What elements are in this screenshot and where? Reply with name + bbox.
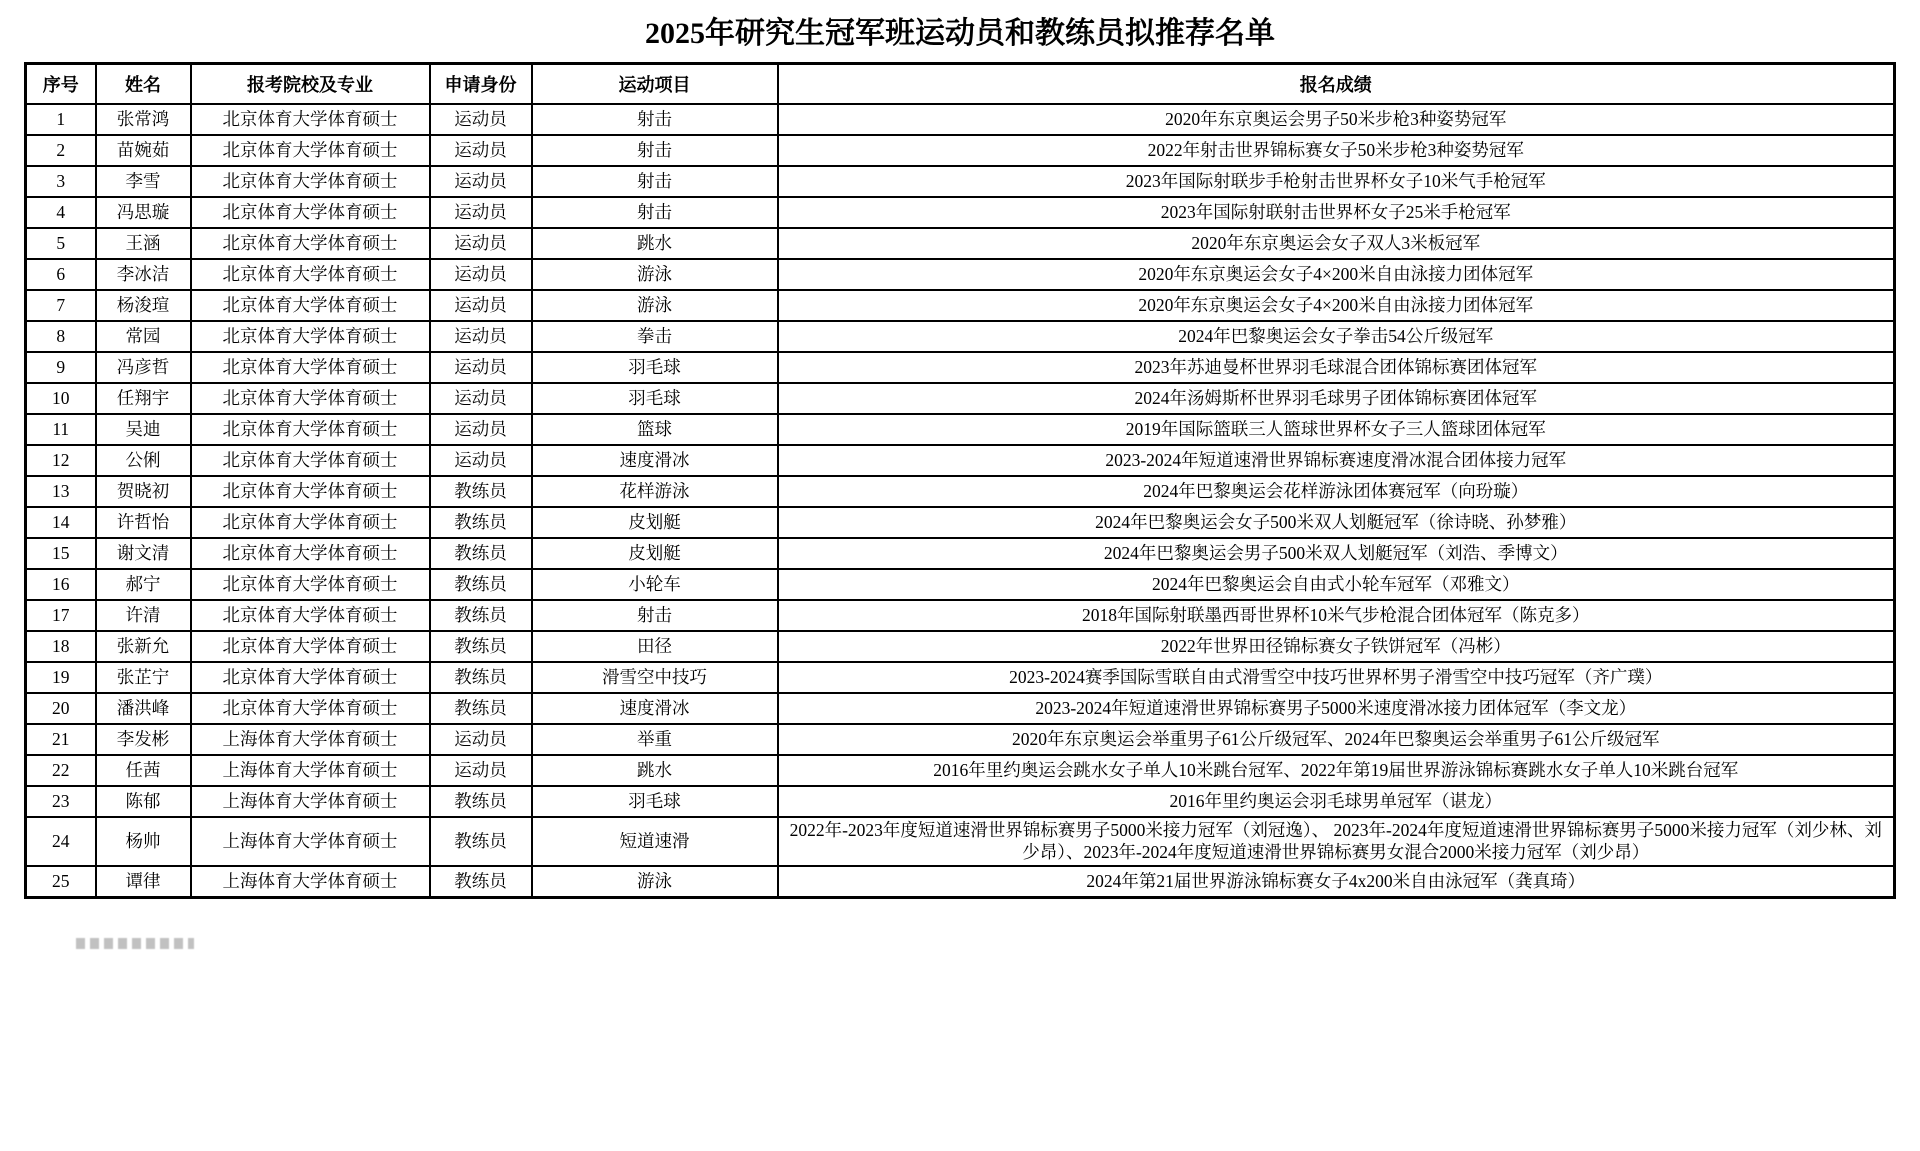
table-row: 20潘洪峰北京体育大学体育硕士教练员速度滑冰2023-2024年短道速滑世界锦标… bbox=[26, 693, 1895, 724]
cell-achievement: 2024年第21届世界游泳锦标赛女子4x200米自由泳冠军（龚真琦） bbox=[778, 866, 1895, 897]
cell-school: 北京体育大学体育硕士 bbox=[191, 507, 430, 538]
cell-school: 北京体育大学体育硕士 bbox=[191, 135, 430, 166]
cell-index: 8 bbox=[26, 321, 96, 352]
cell-sport: 射击 bbox=[532, 135, 778, 166]
cell-index: 24 bbox=[26, 817, 96, 867]
cell-index: 16 bbox=[26, 569, 96, 600]
cell-achievement: 2020年东京奥运会举重男子61公斤级冠军、2024年巴黎奥运会举重男子61公斤… bbox=[778, 724, 1895, 755]
cell-sport: 羽毛球 bbox=[532, 383, 778, 414]
cell-identity: 运动员 bbox=[430, 352, 532, 383]
cell-school: 北京体育大学体育硕士 bbox=[191, 197, 430, 228]
cell-school: 北京体育大学体育硕士 bbox=[191, 228, 430, 259]
cell-index: 13 bbox=[26, 476, 96, 507]
table-row: 13贺晓初北京体育大学体育硕士教练员花样游泳2024年巴黎奥运会花样游泳团体赛冠… bbox=[26, 476, 1895, 507]
cell-name: 任茜 bbox=[96, 755, 191, 786]
cell-index: 3 bbox=[26, 166, 96, 197]
cell-identity: 运动员 bbox=[430, 228, 532, 259]
cell-name: 谢文清 bbox=[96, 538, 191, 569]
cell-identity: 运动员 bbox=[430, 166, 532, 197]
cell-name: 张芷宁 bbox=[96, 662, 191, 693]
cell-identity: 运动员 bbox=[430, 135, 532, 166]
recommendation-table: 序号 姓名 报考院校及专业 申请身份 运动项目 报名成绩 1张常鸿北京体育大学体… bbox=[24, 62, 1896, 899]
cell-index: 25 bbox=[26, 866, 96, 897]
cell-achievement: 2022年-2023年度短道速滑世界锦标赛男子5000米接力冠军（刘冠逸）、 2… bbox=[778, 817, 1895, 867]
cell-index: 14 bbox=[26, 507, 96, 538]
cell-achievement: 2024年巴黎奥运会自由式小轮车冠军（邓雅文） bbox=[778, 569, 1895, 600]
cell-name: 杨浚瑄 bbox=[96, 290, 191, 321]
table-row: 2苗婉茹北京体育大学体育硕士运动员射击2022年射击世界锦标赛女子50米步枪3种… bbox=[26, 135, 1895, 166]
table-row: 1张常鸿北京体育大学体育硕士运动员射击2020年东京奥运会男子50米步枪3种姿势… bbox=[26, 104, 1895, 135]
table-row: 18张新允北京体育大学体育硕士教练员田径2022年世界田径锦标赛女子铁饼冠军（冯… bbox=[26, 631, 1895, 662]
cell-sport: 游泳 bbox=[532, 290, 778, 321]
cell-sport: 皮划艇 bbox=[532, 538, 778, 569]
cell-achievement: 2016年里约奥运会跳水女子单人10米跳台冠军、2022年第19届世界游泳锦标赛… bbox=[778, 755, 1895, 786]
cell-sport: 羽毛球 bbox=[532, 786, 778, 817]
table-row: 9冯彦哲北京体育大学体育硕士运动员羽毛球2023年苏迪曼杯世界羽毛球混合团体锦标… bbox=[26, 352, 1895, 383]
cell-achievement: 2023年国际射联步手枪射击世界杯女子10米气手枪冠军 bbox=[778, 166, 1895, 197]
cell-achievement: 2024年巴黎奥运会男子500米双人划艇冠军（刘浩、季博文） bbox=[778, 538, 1895, 569]
cell-identity: 教练员 bbox=[430, 866, 532, 897]
cell-name: 张常鸿 bbox=[96, 104, 191, 135]
cell-achievement: 2020年东京奥运会女子4×200米自由泳接力团体冠军 bbox=[778, 290, 1895, 321]
cell-identity: 教练员 bbox=[430, 631, 532, 662]
cell-achievement: 2024年巴黎奥运会花样游泳团体赛冠军（向玢璇） bbox=[778, 476, 1895, 507]
cell-name: 常园 bbox=[96, 321, 191, 352]
cell-name: 苗婉茹 bbox=[96, 135, 191, 166]
document-page: 2025年研究生冠军班运动员和教练员拟推荐名单 序号 姓名 报考院校及专业 申请… bbox=[0, 0, 1920, 1151]
cell-identity: 运动员 bbox=[430, 414, 532, 445]
cell-school: 上海体育大学体育硕士 bbox=[191, 866, 430, 897]
cell-name: 公俐 bbox=[96, 445, 191, 476]
cell-achievement: 2018年国际射联墨西哥世界杯10米气步枪混合团体冠军（陈克多） bbox=[778, 600, 1895, 631]
cell-achievement: 2022年世界田径锦标赛女子铁饼冠军（冯彬） bbox=[778, 631, 1895, 662]
table-row: 16郝宁北京体育大学体育硕士教练员小轮车2024年巴黎奥运会自由式小轮车冠军（邓… bbox=[26, 569, 1895, 600]
cell-name: 贺晓初 bbox=[96, 476, 191, 507]
table-row: 23陈郁上海体育大学体育硕士教练员羽毛球2016年里约奥运会羽毛球男单冠军（谌龙… bbox=[26, 786, 1895, 817]
table-row: 4冯思璇北京体育大学体育硕士运动员射击2023年国际射联射击世界杯女子25米手枪… bbox=[26, 197, 1895, 228]
cell-name: 潘洪峰 bbox=[96, 693, 191, 724]
cell-school: 北京体育大学体育硕士 bbox=[191, 352, 430, 383]
cell-identity: 教练员 bbox=[430, 693, 532, 724]
cell-identity: 教练员 bbox=[430, 476, 532, 507]
page-title: 2025年研究生冠军班运动员和教练员拟推荐名单 bbox=[0, 0, 1920, 62]
cell-achievement: 2023-2024年短道速滑世界锦标赛速度滑冰混合团体接力冠军 bbox=[778, 445, 1895, 476]
cell-sport: 短道速滑 bbox=[532, 817, 778, 867]
cell-index: 10 bbox=[26, 383, 96, 414]
cell-identity: 教练员 bbox=[430, 817, 532, 867]
cell-school: 北京体育大学体育硕士 bbox=[191, 600, 430, 631]
cell-sport: 速度滑冰 bbox=[532, 693, 778, 724]
cell-sport: 拳击 bbox=[532, 321, 778, 352]
cell-school: 北京体育大学体育硕士 bbox=[191, 104, 430, 135]
cell-name: 杨帅 bbox=[96, 817, 191, 867]
cell-school: 北京体育大学体育硕士 bbox=[191, 662, 430, 693]
table-row: 14许哲怡北京体育大学体育硕士教练员皮划艇2024年巴黎奥运会女子500米双人划… bbox=[26, 507, 1895, 538]
cell-sport: 跳水 bbox=[532, 228, 778, 259]
cell-name: 冯思璇 bbox=[96, 197, 191, 228]
cell-school: 北京体育大学体育硕士 bbox=[191, 414, 430, 445]
cell-school: 北京体育大学体育硕士 bbox=[191, 166, 430, 197]
table-row: 19张芷宁北京体育大学体育硕士教练员滑雪空中技巧2023-2024赛季国际雪联自… bbox=[26, 662, 1895, 693]
column-header-name: 姓名 bbox=[96, 64, 191, 104]
cell-index: 1 bbox=[26, 104, 96, 135]
cell-sport: 花样游泳 bbox=[532, 476, 778, 507]
cell-sport: 速度滑冰 bbox=[532, 445, 778, 476]
cell-index: 21 bbox=[26, 724, 96, 755]
cell-achievement: 2024年汤姆斯杯世界羽毛球男子团体锦标赛团体冠军 bbox=[778, 383, 1895, 414]
column-header-index: 序号 bbox=[26, 64, 96, 104]
column-header-sport: 运动项目 bbox=[532, 64, 778, 104]
cell-school: 北京体育大学体育硕士 bbox=[191, 383, 430, 414]
table-row: 10任翔宇北京体育大学体育硕士运动员羽毛球2024年汤姆斯杯世界羽毛球男子团体锦… bbox=[26, 383, 1895, 414]
cell-name: 许哲怡 bbox=[96, 507, 191, 538]
cell-identity: 教练员 bbox=[430, 786, 532, 817]
cell-achievement: 2023年苏迪曼杯世界羽毛球混合团体锦标赛团体冠军 bbox=[778, 352, 1895, 383]
cell-sport: 举重 bbox=[532, 724, 778, 755]
table-row: 7杨浚瑄北京体育大学体育硕士运动员游泳2020年东京奥运会女子4×200米自由泳… bbox=[26, 290, 1895, 321]
cell-school: 北京体育大学体育硕士 bbox=[191, 476, 430, 507]
cell-index: 2 bbox=[26, 135, 96, 166]
cell-identity: 教练员 bbox=[430, 569, 532, 600]
cell-sport: 篮球 bbox=[532, 414, 778, 445]
cell-name: 谭律 bbox=[96, 866, 191, 897]
cell-identity: 运动员 bbox=[430, 290, 532, 321]
cell-index: 12 bbox=[26, 445, 96, 476]
cell-index: 9 bbox=[26, 352, 96, 383]
cell-name: 王涵 bbox=[96, 228, 191, 259]
cell-index: 20 bbox=[26, 693, 96, 724]
table-row: 5王涵北京体育大学体育硕士运动员跳水2020年东京奥运会女子双人3米板冠军 bbox=[26, 228, 1895, 259]
cell-name: 郝宁 bbox=[96, 569, 191, 600]
cell-achievement: 2022年射击世界锦标赛女子50米步枪3种姿势冠军 bbox=[778, 135, 1895, 166]
cell-name: 吴迪 bbox=[96, 414, 191, 445]
cell-name: 张新允 bbox=[96, 631, 191, 662]
cell-school: 上海体育大学体育硕士 bbox=[191, 817, 430, 867]
cell-sport: 射击 bbox=[532, 600, 778, 631]
table-row: 12公俐北京体育大学体育硕士运动员速度滑冰2023-2024年短道速滑世界锦标赛… bbox=[26, 445, 1895, 476]
cell-identity: 运动员 bbox=[430, 445, 532, 476]
cell-identity: 教练员 bbox=[430, 538, 532, 569]
cell-index: 18 bbox=[26, 631, 96, 662]
cell-achievement: 2023-2024年短道速滑世界锦标赛男子5000米速度滑冰接力团体冠军（李文龙… bbox=[778, 693, 1895, 724]
cell-school: 北京体育大学体育硕士 bbox=[191, 693, 430, 724]
table-row: 22任茜上海体育大学体育硕士运动员跳水2016年里约奥运会跳水女子单人10米跳台… bbox=[26, 755, 1895, 786]
cell-index: 15 bbox=[26, 538, 96, 569]
table-row: 25谭律上海体育大学体育硕士教练员游泳2024年第21届世界游泳锦标赛女子4x2… bbox=[26, 866, 1895, 897]
cell-school: 北京体育大学体育硕士 bbox=[191, 259, 430, 290]
cell-school: 上海体育大学体育硕士 bbox=[191, 786, 430, 817]
cell-identity: 运动员 bbox=[430, 197, 532, 228]
header-row: 序号 姓名 报考院校及专业 申请身份 运动项目 报名成绩 bbox=[26, 64, 1895, 104]
cell-sport: 游泳 bbox=[532, 866, 778, 897]
cell-sport: 羽毛球 bbox=[532, 352, 778, 383]
column-header-school: 报考院校及专业 bbox=[191, 64, 430, 104]
table-row: 11吴迪北京体育大学体育硕士运动员篮球2019年国际篮联三人篮球世界杯女子三人篮… bbox=[26, 414, 1895, 445]
cell-sport: 射击 bbox=[532, 166, 778, 197]
cell-identity: 运动员 bbox=[430, 259, 532, 290]
table-row: 8常园北京体育大学体育硕士运动员拳击2024年巴黎奥运会女子拳击54公斤级冠军 bbox=[26, 321, 1895, 352]
cell-name: 冯彦哲 bbox=[96, 352, 191, 383]
cell-school: 北京体育大学体育硕士 bbox=[191, 445, 430, 476]
cell-index: 23 bbox=[26, 786, 96, 817]
cell-school: 上海体育大学体育硕士 bbox=[191, 755, 430, 786]
cell-school: 上海体育大学体育硕士 bbox=[191, 724, 430, 755]
cell-index: 4 bbox=[26, 197, 96, 228]
cell-school: 北京体育大学体育硕士 bbox=[191, 631, 430, 662]
table-row: 21李发彬上海体育大学体育硕士运动员举重2020年东京奥运会举重男子61公斤级冠… bbox=[26, 724, 1895, 755]
cell-achievement: 2016年里约奥运会羽毛球男单冠军（谌龙） bbox=[778, 786, 1895, 817]
cell-index: 19 bbox=[26, 662, 96, 693]
table-row: 17许清北京体育大学体育硕士教练员射击2018年国际射联墨西哥世界杯10米气步枪… bbox=[26, 600, 1895, 631]
cell-sport: 皮划艇 bbox=[532, 507, 778, 538]
cell-achievement: 2023-2024赛季国际雪联自由式滑雪空中技巧世界杯男子滑雪空中技巧冠军（齐广… bbox=[778, 662, 1895, 693]
cell-identity: 运动员 bbox=[430, 321, 532, 352]
cell-name: 许清 bbox=[96, 600, 191, 631]
cell-index: 7 bbox=[26, 290, 96, 321]
cell-index: 6 bbox=[26, 259, 96, 290]
cell-identity: 运动员 bbox=[430, 383, 532, 414]
cell-school: 北京体育大学体育硕士 bbox=[191, 321, 430, 352]
table-row: 3李雪北京体育大学体育硕士运动员射击2023年国际射联步手枪射击世界杯女子10米… bbox=[26, 166, 1895, 197]
cell-name: 李冰洁 bbox=[96, 259, 191, 290]
cell-name: 李发彬 bbox=[96, 724, 191, 755]
cutoff-text-artifact bbox=[76, 938, 194, 949]
cell-sport: 跳水 bbox=[532, 755, 778, 786]
cell-sport: 射击 bbox=[532, 104, 778, 135]
table-row: 6李冰洁北京体育大学体育硕士运动员游泳2020年东京奥运会女子4×200米自由泳… bbox=[26, 259, 1895, 290]
cell-sport: 田径 bbox=[532, 631, 778, 662]
cell-name: 任翔宇 bbox=[96, 383, 191, 414]
cell-school: 北京体育大学体育硕士 bbox=[191, 569, 430, 600]
cell-index: 22 bbox=[26, 755, 96, 786]
cell-achievement: 2019年国际篮联三人篮球世界杯女子三人篮球团体冠军 bbox=[778, 414, 1895, 445]
cell-sport: 射击 bbox=[532, 197, 778, 228]
cell-school: 北京体育大学体育硕士 bbox=[191, 538, 430, 569]
table-body: 1张常鸿北京体育大学体育硕士运动员射击2020年东京奥运会男子50米步枪3种姿势… bbox=[26, 104, 1895, 898]
cell-achievement: 2024年巴黎奥运会女子拳击54公斤级冠军 bbox=[778, 321, 1895, 352]
cell-identity: 教练员 bbox=[430, 507, 532, 538]
column-header-achievement: 报名成绩 bbox=[778, 64, 1895, 104]
cell-index: 11 bbox=[26, 414, 96, 445]
cell-achievement: 2023年国际射联射击世界杯女子25米手枪冠军 bbox=[778, 197, 1895, 228]
cell-name: 陈郁 bbox=[96, 786, 191, 817]
cell-index: 5 bbox=[26, 228, 96, 259]
cell-achievement: 2020年东京奥运会女子4×200米自由泳接力团体冠军 bbox=[778, 259, 1895, 290]
table-row: 15谢文清北京体育大学体育硕士教练员皮划艇2024年巴黎奥运会男子500米双人划… bbox=[26, 538, 1895, 569]
cell-sport: 小轮车 bbox=[532, 569, 778, 600]
cell-identity: 运动员 bbox=[430, 724, 532, 755]
cell-name: 李雪 bbox=[96, 166, 191, 197]
cell-identity: 运动员 bbox=[430, 755, 532, 786]
cell-achievement: 2020年东京奥运会男子50米步枪3种姿势冠军 bbox=[778, 104, 1895, 135]
table-row: 24杨帅上海体育大学体育硕士教练员短道速滑2022年-2023年度短道速滑世界锦… bbox=[26, 817, 1895, 867]
cell-sport: 游泳 bbox=[532, 259, 778, 290]
cell-identity: 教练员 bbox=[430, 662, 532, 693]
cell-school: 北京体育大学体育硕士 bbox=[191, 290, 430, 321]
cell-achievement: 2024年巴黎奥运会女子500米双人划艇冠军（徐诗晓、孙梦雅） bbox=[778, 507, 1895, 538]
cell-index: 17 bbox=[26, 600, 96, 631]
cell-sport: 滑雪空中技巧 bbox=[532, 662, 778, 693]
cell-achievement: 2020年东京奥运会女子双人3米板冠军 bbox=[778, 228, 1895, 259]
cell-identity: 运动员 bbox=[430, 104, 532, 135]
column-header-identity: 申请身份 bbox=[430, 64, 532, 104]
cell-identity: 教练员 bbox=[430, 600, 532, 631]
